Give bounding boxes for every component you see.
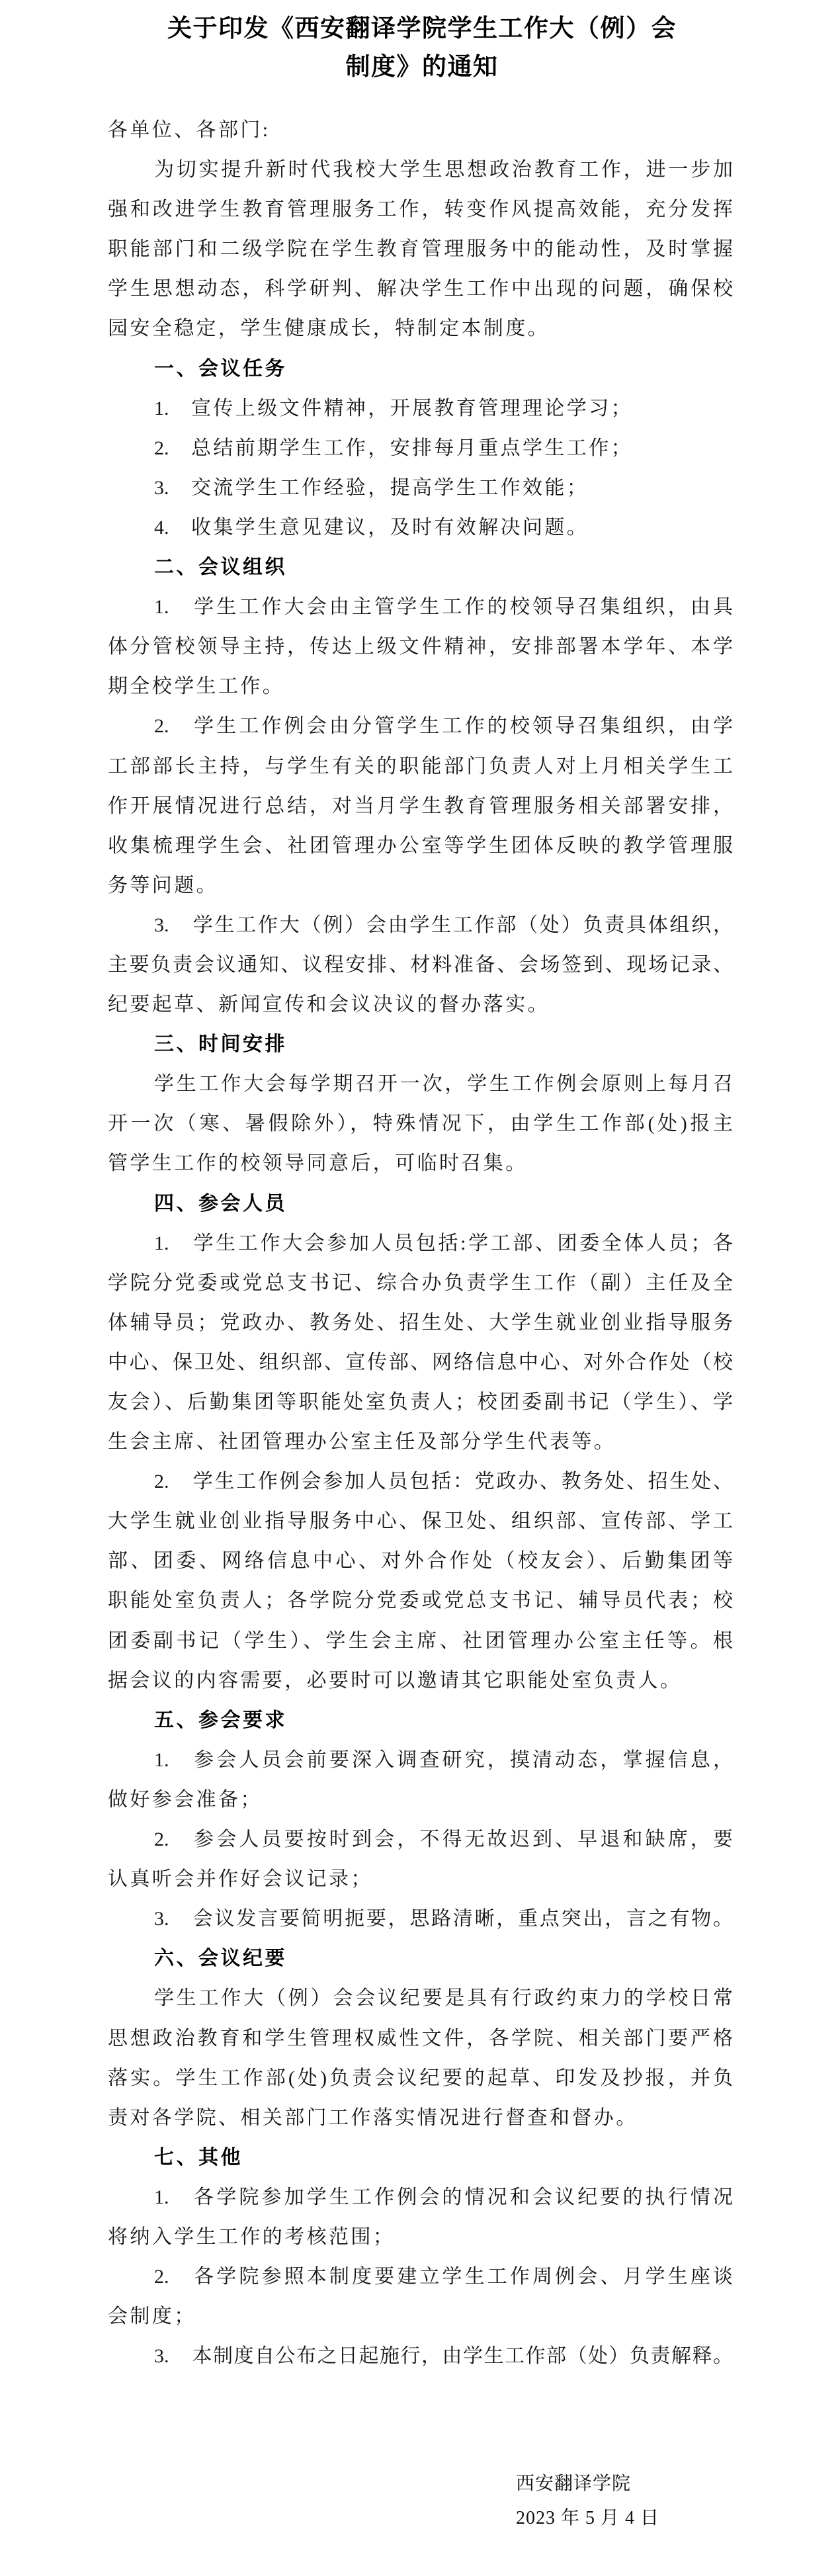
paragraph-line: 学生工作大（例）会会议纪要是具有行政约束力的学校日常 <box>108 1979 733 2018</box>
item-line: 期全校学生工作。 <box>108 667 733 707</box>
paragraph-line: 职能部门和二级学院在学生教育管理服务中的能动性，及时掌握 <box>108 230 733 269</box>
paragraph-line: 落实。学生工作部(处)负责会议纪要的起草、印发及抄报，并负 <box>108 2059 733 2098</box>
item-text: 各学院参照本制度要建立学生工作周例会、月学生座谈 <box>191 2266 733 2288</box>
item-line: 体辅导员；党政办、教务处、招生处、大学生就业创业指导服务 <box>108 1303 733 1343</box>
section-meeting-organization: 二、会议组织 1.学生工作大会由主管学生工作的校领导召集组织，由具 体分管校领导… <box>108 548 733 1025</box>
list-item: 2.学生工作例会由分管学生工作的校领导召集组织，由学 <box>108 707 733 746</box>
list-item: 2.学生工作例会参加人员包括：党政办、教务处、招生处、 <box>108 1462 733 1502</box>
section-heading: 一、会议任务 <box>108 349 733 389</box>
list-item: 1.各学院参加学生工作例会的情况和会议纪要的执行情况 <box>108 2178 733 2217</box>
list-item: 3.学生工作大（例）会由学生工作部（处）负责具体组织， <box>108 906 733 945</box>
item-number: 3. <box>154 906 191 945</box>
section-heading: 四、参会人员 <box>108 1184 733 1224</box>
list-item: 2.总结前期学生工作，安排每月重点学生工作； <box>108 429 733 468</box>
signature-block: 西安翻译学院 2023 年 5 月 4 日 <box>516 2467 659 2536</box>
item-line: 作开展情况进行总结，对当月学生教育管理服务相关部署安排， <box>108 787 733 826</box>
item-number: 1. <box>154 389 191 429</box>
item-line: 收集梳理学生会、社团管理办公室等学生团体反映的教学管理服 <box>108 826 733 866</box>
item-number: 2. <box>154 1462 191 1502</box>
section-schedule: 三、时间安排 学生工作大会每学期召开一次，学生工作例会原则上每月召 开一次（寒、… <box>108 1025 733 1183</box>
section-attendees: 四、参会人员 1.学生工作大会参加人员包括:学工部、团委全体人员；各 学院分党委… <box>108 1184 733 1701</box>
paragraph-line: 学生思想动态，科学研判、解决学生工作中出现的问题，确保校 <box>108 269 733 309</box>
item-line: 大学生就业创业指导服务中心、保卫处、组织部、宣传部、学工 <box>108 1502 733 1541</box>
item-text: 本制度自公布之日起施行，由学生工作部（处）负责解释。 <box>191 2345 733 2367</box>
item-line: 主要负责会议通知、议程安排、材料准备、会场签到、现场记录、 <box>108 945 733 985</box>
section-heading: 六、会议纪要 <box>108 1939 733 1979</box>
item-number: 2. <box>154 429 191 468</box>
section-heading: 二、会议组织 <box>108 548 733 587</box>
section-other: 七、其他 1.各学院参加学生工作例会的情况和会议纪要的执行情况 将纳入学生工作的… <box>108 2138 733 2377</box>
item-text: 各学院参加学生工作例会的情况和会议纪要的执行情况 <box>191 2186 733 2208</box>
item-number: 3. <box>154 2337 191 2376</box>
list-item: 4.收集学生意见建议，及时有效解决问题。 <box>108 508 733 548</box>
item-line: 体分管校领导主持，传达上级文件精神，安排部署本学年、本学 <box>108 627 733 667</box>
item-line: 职能处室负责人；各学院分党委或党总支书记、辅导员代表；校 <box>108 1581 733 1621</box>
item-line: 团委副书记（学生）、学生会主席、社团管理办公室主任等。根 <box>108 1621 733 1661</box>
paragraph-line: 思想政治教育和学生管理权威性文件，各学院、相关部门要严格 <box>108 2019 733 2059</box>
item-number: 4. <box>154 508 191 548</box>
item-line: 纪要起草、新闻宣传和会议决议的督办落实。 <box>108 985 733 1025</box>
item-line: 据会议的内容需要，必要时可以邀请其它职能处室负责人。 <box>108 1661 733 1701</box>
section-attendance-requirements: 五、参会要求 1.参会人员会前要深入调查研究，摸清动态，掌握信息， 做好参会准备… <box>108 1701 733 1940</box>
intro-paragraph: 为切实提升新时代我校大学生思想政治教育工作，进一步加 强和改进学生教育管理服务工… <box>108 150 733 349</box>
item-line: 务等问题。 <box>108 866 733 906</box>
document-body: 各单位、各部门: 为切实提升新时代我校大学生思想政治教育工作，进一步加 强和改进… <box>108 110 733 2376</box>
item-number: 1. <box>154 587 191 627</box>
document-title: 关于印发《西安翻译学院学生工作大（例）会 制度》的通知 <box>0 9 840 85</box>
item-line: 生会主席、社团管理办公室主任及部分学生代表等。 <box>108 1422 733 1462</box>
paragraph-line: 学生工作大会每学期召开一次，学生工作例会原则上每月召 <box>108 1064 733 1104</box>
item-line: 会制度； <box>108 2297 733 2337</box>
item-text: 学生工作大（例）会由学生工作部（处）负责具体组织， <box>191 914 733 936</box>
item-number: 3. <box>154 1899 191 1939</box>
item-text: 交流学生工作经验，提高学生工作效能； <box>191 477 589 499</box>
item-number: 2. <box>154 2257 191 2297</box>
section-heading: 七、其他 <box>108 2138 733 2178</box>
salutation: 各单位、各部门: <box>108 110 733 150</box>
list-item: 2.参会人员要按时到会，不得无故迟到、早退和缺席，要 <box>108 1820 733 1860</box>
section-meeting-tasks: 一、会议任务 1.宣传上级文件精神，开展教育管理理论学习； 2.总结前期学生工作… <box>108 349 733 548</box>
title-line-1: 关于印发《西安翻译学院学生工作大（例）会 <box>4 9 840 47</box>
item-text: 学生工作例会由分管学生工作的校领导召集组织，由学 <box>191 715 733 737</box>
item-line: 学院分党委或党总支书记、综合办负责学生工作（副）主任及全 <box>108 1264 733 1303</box>
issue-date: 2023 年 5 月 4 日 <box>516 2501 659 2536</box>
item-text: 总结前期学生工作，安排每月重点学生工作； <box>191 437 633 459</box>
item-line: 部、团委、网络信息中心、对外合作处（校友会）、后勤集团等 <box>108 1541 733 1581</box>
list-item: 3.本制度自公布之日起施行，由学生工作部（处）负责解释。 <box>108 2337 733 2376</box>
paragraph-line: 强和改进学生教育管理服务工作，转变作风提高效能，充分发挥 <box>108 190 733 230</box>
list-item: 1.宣传上级文件精神，开展教育管理理论学习； <box>108 389 733 429</box>
item-number: 1. <box>154 1740 191 1780</box>
item-text: 宣传上级文件精神，开展教育管理理论学习； <box>191 398 633 419</box>
item-number: 1. <box>154 1224 191 1264</box>
paragraph-line: 开一次（寒、暑假除外），特殊情况下，由学生工作部(处)报主 <box>108 1104 733 1144</box>
paragraph-line: 责对各学院、相关部门工作落实情况进行督查和督办。 <box>108 2098 733 2138</box>
item-text: 会议发言要简明扼要，思路清晰，重点突出，言之有物。 <box>191 1908 733 1930</box>
item-text: 收集学生意见建议，及时有效解决问题。 <box>191 517 589 538</box>
paragraph-line: 园安全稳定，学生健康成长，特制定本制度。 <box>108 309 733 349</box>
item-text: 参会人员要按时到会，不得无故迟到、早退和缺席，要 <box>191 1828 733 1850</box>
item-line: 友会）、后勤集团等职能处室负责人；校团委副书记（学生）、学 <box>108 1383 733 1422</box>
item-line: 中心、保卫处、组织部、宣传部、网络信息中心、对外合作处（校 <box>108 1343 733 1383</box>
issuing-organization: 西安翻译学院 <box>516 2467 659 2501</box>
item-text: 学生工作大会参加人员包括:学工部、团委全体人员；各 <box>191 1232 733 1254</box>
paragraph-line: 管学生工作的校领导同意后，可临时召集。 <box>108 1144 733 1183</box>
item-number: 2. <box>154 1820 191 1860</box>
title-line-2: 制度》的通知 <box>4 47 840 85</box>
item-number: 2. <box>154 707 191 746</box>
section-meeting-minutes: 六、会议纪要 学生工作大（例）会会议纪要是具有行政约束力的学校日常 思想政治教育… <box>108 1939 733 2137</box>
item-line: 认真听会并作好会议记录； <box>108 1860 733 1899</box>
item-line: 工部部长主持，与学生有关的职能部门负责人对上月相关学生工 <box>108 747 733 787</box>
section-heading: 五、参会要求 <box>108 1701 733 1740</box>
item-text: 学生工作大会由主管学生工作的校领导召集组织，由具 <box>191 596 733 618</box>
list-item: 1.学生工作大会由主管学生工作的校领导召集组织，由具 <box>108 587 733 627</box>
list-item: 2.各学院参照本制度要建立学生工作周例会、月学生座谈 <box>108 2257 733 2297</box>
item-text: 参会人员会前要深入调查研究，摸清动态，掌握信息， <box>191 1749 733 1771</box>
list-item: 1.学生工作大会参加人员包括:学工部、团委全体人员；各 <box>108 1224 733 1264</box>
list-item: 3.交流学生工作经验，提高学生工作效能； <box>108 468 733 508</box>
item-number: 3. <box>154 468 191 508</box>
item-line: 将纳入学生工作的考核范围； <box>108 2217 733 2257</box>
item-text: 学生工作例会参加人员包括：党政办、教务处、招生处、 <box>191 1471 733 1492</box>
list-item: 1.参会人员会前要深入调查研究，摸清动态，掌握信息， <box>108 1740 733 1780</box>
section-heading: 三、时间安排 <box>108 1025 733 1064</box>
list-item: 3.会议发言要简明扼要，思路清晰，重点突出，言之有物。 <box>108 1899 733 1939</box>
item-number: 1. <box>154 2178 191 2217</box>
item-line: 做好参会准备； <box>108 1780 733 1820</box>
paragraph-line: 为切实提升新时代我校大学生思想政治教育工作，进一步加 <box>108 150 733 190</box>
